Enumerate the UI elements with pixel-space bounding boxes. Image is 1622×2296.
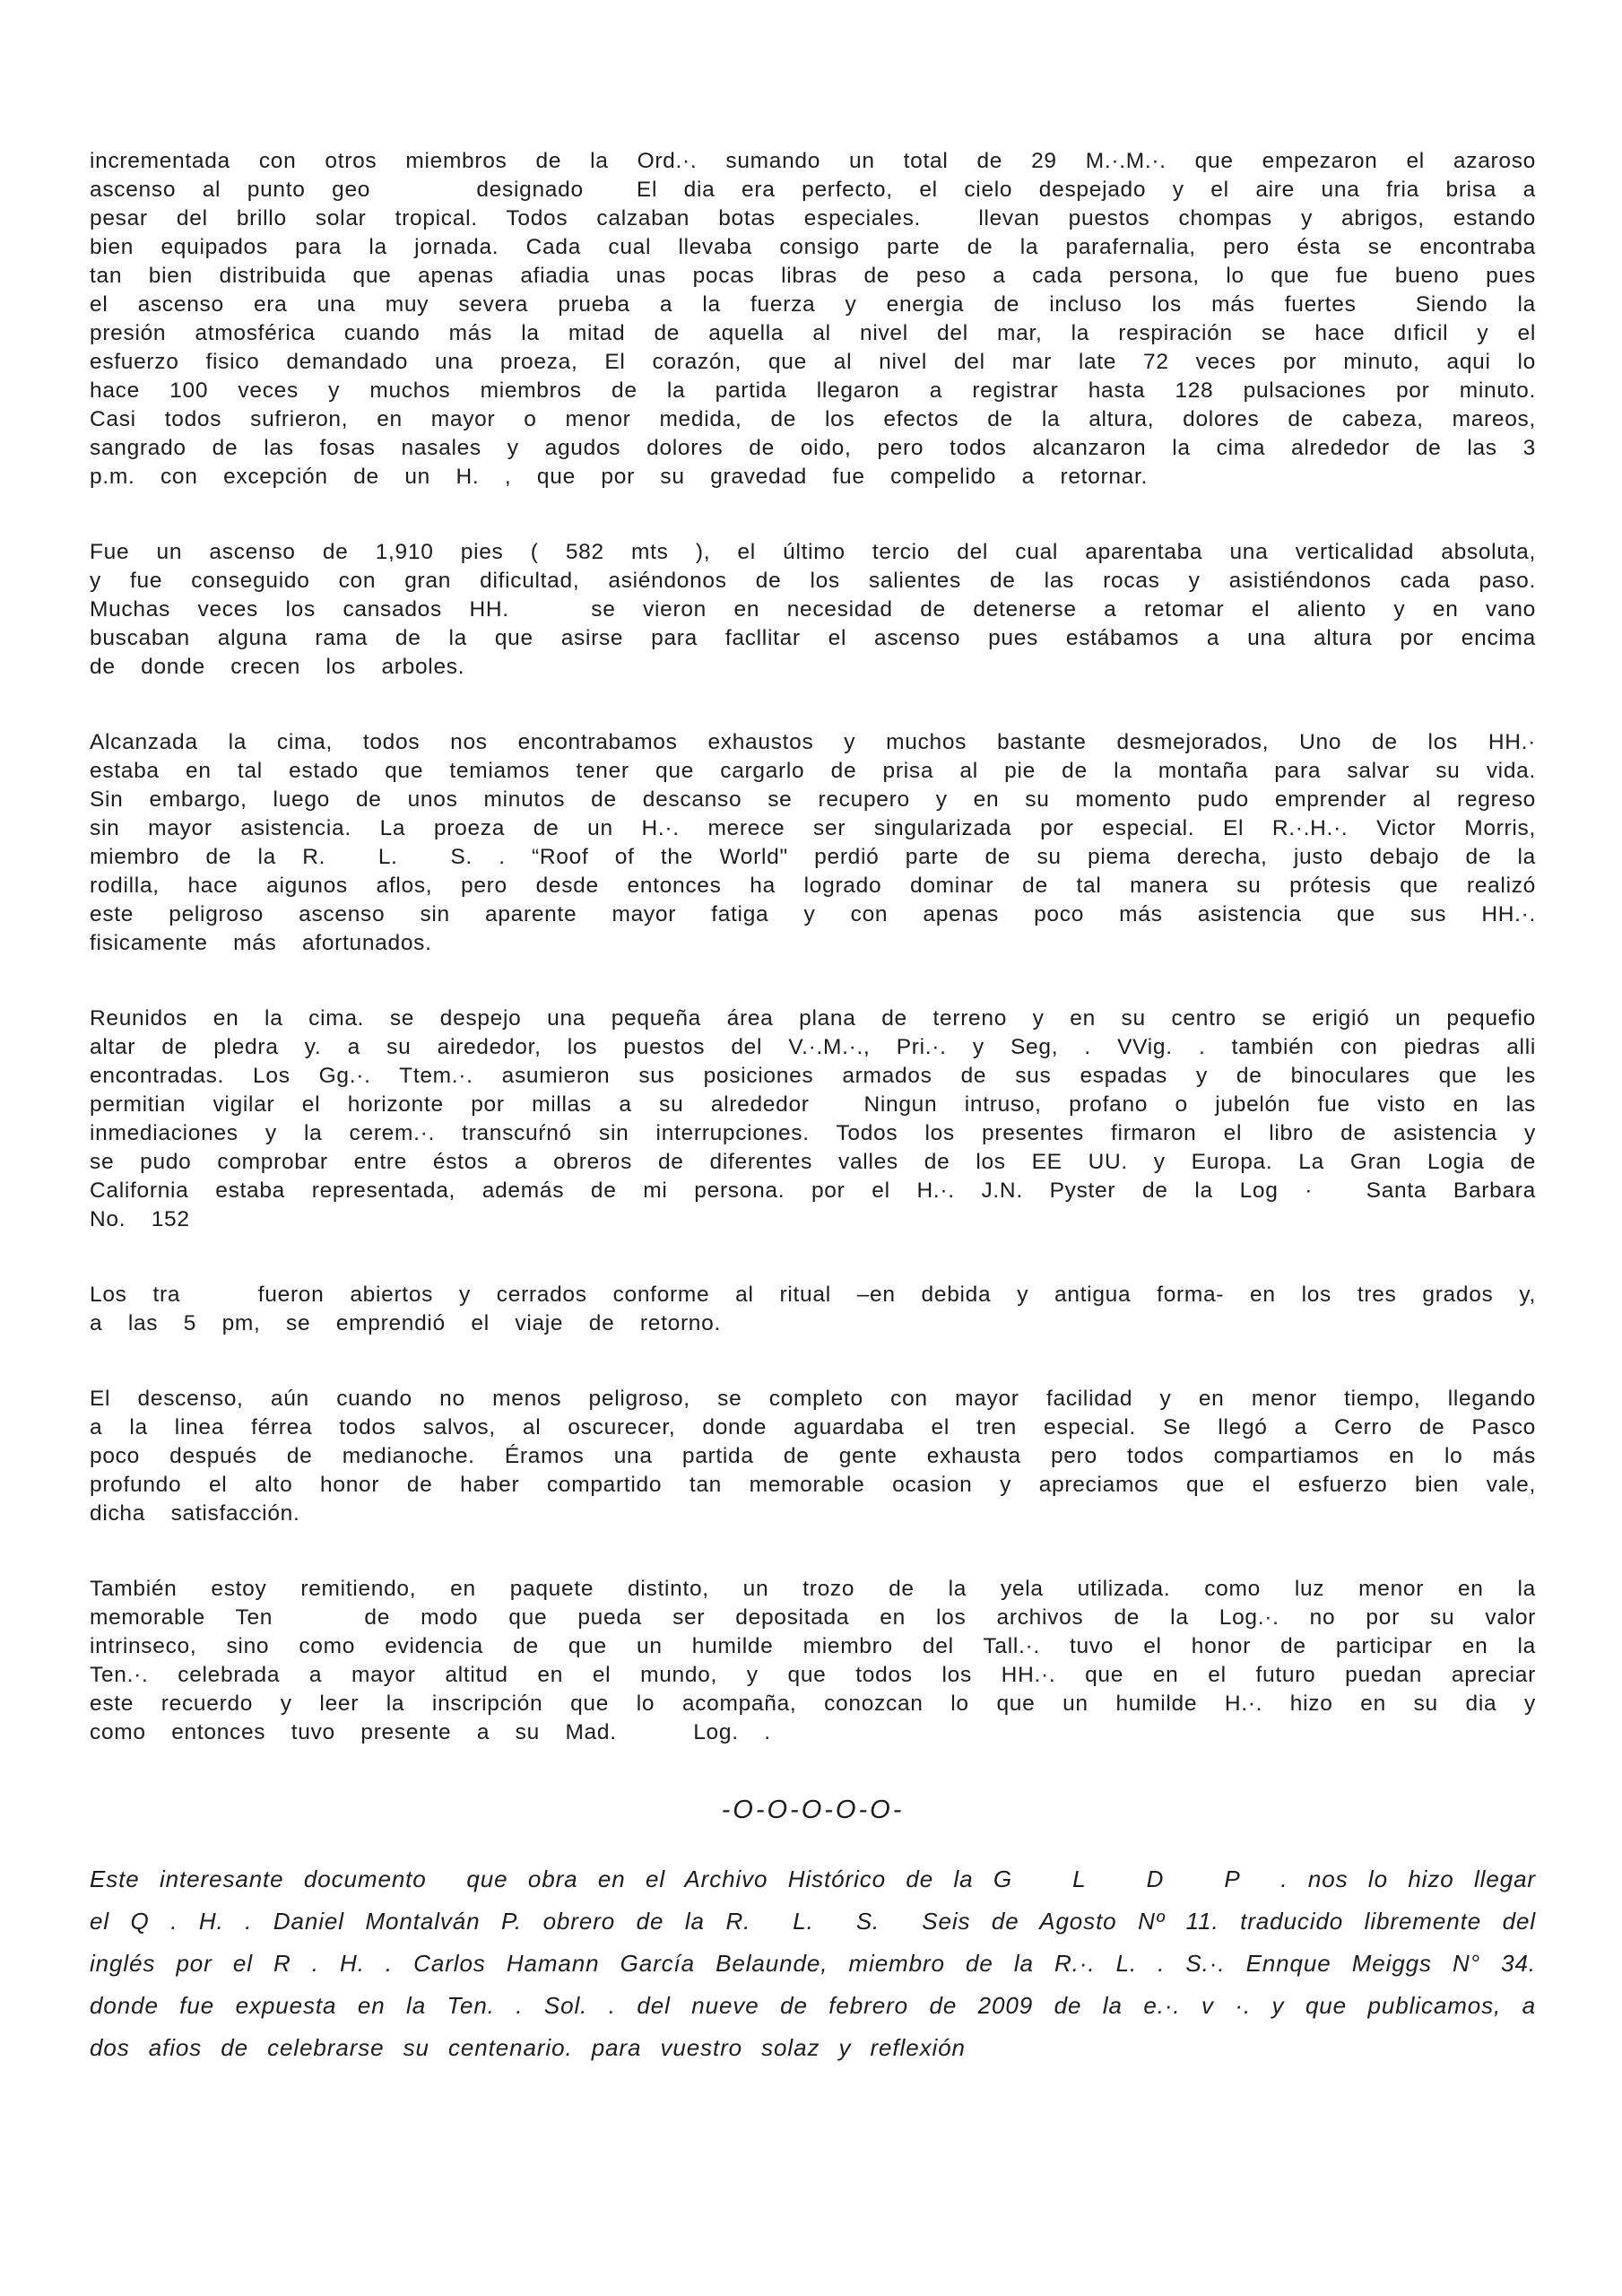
paragraph-summit-arrival: Alcanzada la cima, todos nos encontrabam… xyxy=(90,728,1536,958)
paragraph-ritual-closing: Los tra fueron abiertos y cerrados confo… xyxy=(90,1281,1536,1338)
paragraph-ascent-height: Fue un ascenso de 1,910 pies ( 582 mts )… xyxy=(90,538,1536,682)
paragraph-descent: El descenso, aún cuando no menos peligro… xyxy=(90,1385,1536,1528)
document-page: incrementada con otros miembros de la Or… xyxy=(0,0,1622,2296)
editor-footnote: Este interesante documento que obra en e… xyxy=(90,1858,1536,2069)
paragraph-candle-package: También estoy remitiendo, en paquete dis… xyxy=(90,1575,1536,1747)
paragraph-ascent-start: incrementada con otros miembros de la Or… xyxy=(90,147,1536,491)
paragraph-summit-ceremony: Reunidos en la cima. se despejo una pequ… xyxy=(90,1004,1536,1234)
document-content: incrementada con otros miembros de la Or… xyxy=(90,147,1536,2069)
section-divider: -O-O-O-O-O- xyxy=(90,1794,1536,1826)
